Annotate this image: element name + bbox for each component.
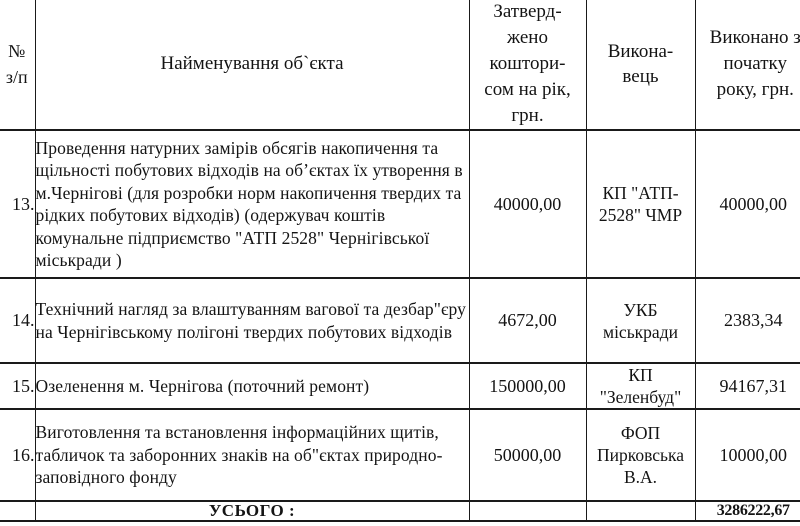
row-done: 40000,00: [695, 130, 800, 278]
row-executor: КП "Зеленбуд": [586, 363, 695, 409]
row-done: 94167,31: [695, 363, 800, 409]
header-name: Найменування об`єкта: [35, 0, 469, 130]
row-executor: ФОП Пирковська В.А.: [586, 409, 695, 501]
row-executor: УКБ міськради: [586, 278, 695, 363]
row-name: Озеленення м. Чернігова (поточний ремонт…: [35, 363, 469, 409]
table-row: 16. Виготовлення та встановлення інформа…: [0, 409, 800, 501]
total-number: [0, 501, 35, 521]
total-budget: [469, 501, 586, 521]
row-number: 13.: [0, 130, 35, 278]
row-executor: КП "АТП- 2528" ЧМР: [586, 130, 695, 278]
total-done: 3286222,67: [695, 501, 800, 521]
row-number: 16.: [0, 409, 35, 501]
header-budget: Затверд- жено коштори- сом на рік, грн.: [469, 0, 586, 130]
row-done: 2383,34: [695, 278, 800, 363]
row-number: 14.: [0, 278, 35, 363]
row-budget: 150000,00: [469, 363, 586, 409]
header-number: № з/п: [0, 0, 35, 130]
row-budget: 50000,00: [469, 409, 586, 501]
budget-table: № з/п Найменування об`єкта Затверд- жено…: [0, 0, 800, 522]
table-row: 13. Проведення натурних замірів обсягів …: [0, 130, 800, 278]
header-done: Виконано з початку року, грн.: [695, 0, 800, 130]
row-done: 10000,00: [695, 409, 800, 501]
total-label: УСЬОГО :: [35, 501, 469, 521]
row-budget: 40000,00: [469, 130, 586, 278]
row-name: Технічний нагляд за влаштуванням вагової…: [35, 278, 469, 363]
table-row: 15. Озеленення м. Чернігова (поточний ре…: [0, 363, 800, 409]
row-name: Проведення натурних замірів обсягів нако…: [35, 130, 469, 278]
total-row: УСЬОГО : 3286222,67: [0, 501, 800, 521]
row-name: Виготовлення та встановлення інформаційн…: [35, 409, 469, 501]
row-number: 15.: [0, 363, 35, 409]
total-executor: [586, 501, 695, 521]
row-budget: 4672,00: [469, 278, 586, 363]
table-header-row: № з/п Найменування об`єкта Затверд- жено…: [0, 0, 800, 130]
table-row: 14. Технічний нагляд за влаштуванням ваг…: [0, 278, 800, 363]
header-executor: Викона- вець: [586, 0, 695, 130]
